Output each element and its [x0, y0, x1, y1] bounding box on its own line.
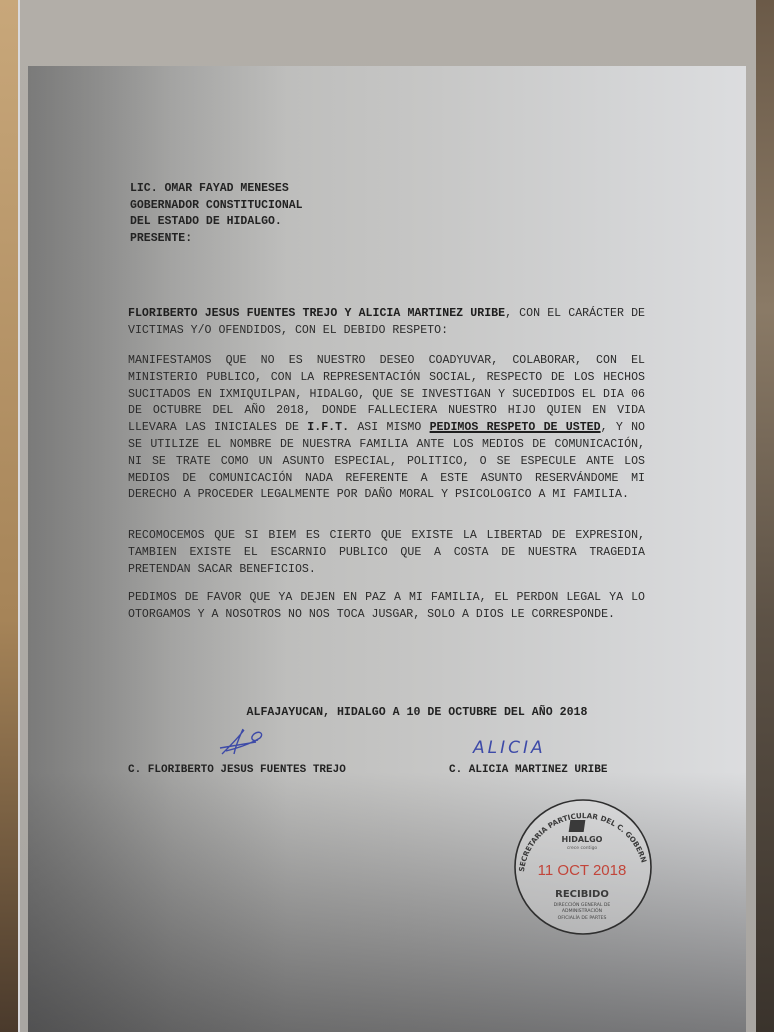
freedom-paragraph: RECOMOCEMOS QUE SI BIEM ES CIERTO QUE EX… [128, 528, 645, 578]
svg-text:HIDALGO: HIDALGO [562, 835, 603, 844]
signature-alicia: ALICIA [473, 738, 546, 758]
received-stamp: SECRETARIA PARTICULAR DEL C. GOBERNADOR … [510, 794, 656, 938]
complainant-names: FLORIBERTO JESUS FUENTES TREJO Y ALICIA … [128, 307, 505, 320]
addressee-line: LIC. OMAR FAYAD MENESES [130, 181, 303, 198]
signature-floriberto [216, 724, 266, 762]
intro-paragraph: FLORIBERTO JESUS FUENTES TREJO Y ALICIA … [128, 306, 645, 340]
addressee-line: GOBERNADOR CONSTITUCIONAL [130, 198, 303, 215]
svg-text:OFICIALÍA DE PARTES: OFICIALÍA DE PARTES [558, 914, 607, 921]
addressee-block: LIC. OMAR FAYAD MENESES GOBERNADOR CONST… [130, 181, 303, 247]
place-date: ALFAJAYUCAN, HIDALGO A 10 DE OCTUBRE DEL… [28, 706, 746, 719]
respect-request: PEDIMOS RESPETO DE USTED [430, 421, 601, 434]
statement-paragraph: MANIFESTAMOS QUE NO ES NUESTRO DESEO COA… [128, 353, 645, 504]
svg-text:11 OCT 2018: 11 OCT 2018 [538, 862, 627, 879]
svg-text:crece contigo: crece contigo [567, 845, 598, 851]
request-paragraph: PEDIMOS DE FAVOR QUE YA DEJEN EN PAZ A M… [128, 590, 645, 624]
statement-text: ASI MISMO [349, 421, 430, 434]
svg-text:RECIBIDO: RECIBIDO [555, 889, 609, 900]
svg-text:DIRECCIÓN GENERAL DE: DIRECCIÓN GENERAL DE [554, 901, 611, 908]
initials: I.F.T. [307, 421, 349, 434]
signer-name-1: C. FLORIBERTO JESUS FUENTES TREJO [128, 764, 346, 776]
letter-page: LIC. OMAR FAYAD MENESES GOBERNADOR CONST… [28, 66, 746, 1032]
addressee-line: PRESENTE: [130, 231, 303, 248]
addressee-line: DEL ESTADO DE HIDALGO. [130, 214, 303, 231]
svg-text:ADMINISTRACIÓN: ADMINISTRACIÓN [562, 907, 602, 914]
signer-name-2: C. ALICIA MARTINEZ URIBE [449, 764, 607, 776]
hidalgo-logo-icon [569, 820, 586, 832]
